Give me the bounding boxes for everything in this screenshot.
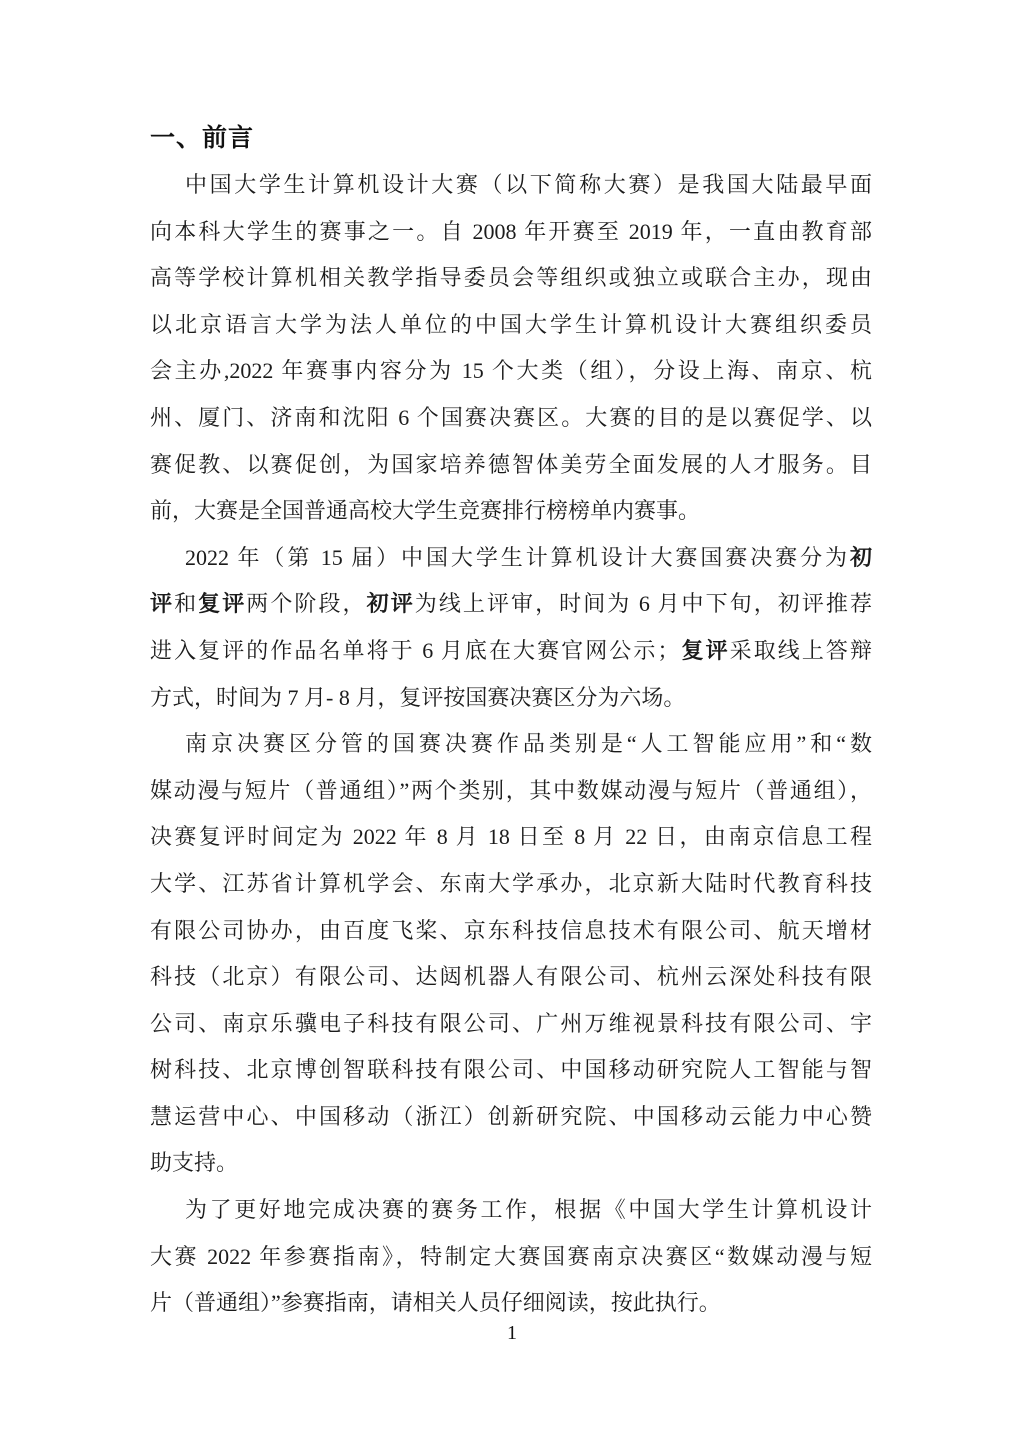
text-run: 大学、江苏省计算机学会、东南大学承办，北京新大陆时代教育科技 — [150, 871, 872, 896]
text-run: 公司、南京乐骥电子科技有限公司、广州万维视景科技有限公司、宇 — [150, 1011, 872, 1036]
text-run: 两个阶段， — [246, 591, 366, 616]
text-line: 有限公司协办，由百度飞桨、京东科技信息技术有限公司、航天增材 — [150, 908, 872, 955]
text-line: 2022 年（第 15 届）中国大学生计算机设计大赛国赛决赛分为初 — [150, 535, 872, 582]
paragraph-lines: 中国大学生计算机设计大赛（以下简称大赛）是我国大陆最早面向本科大学生的赛事之一。… — [150, 162, 872, 1327]
text-line: 前，大赛是全国普通高校大学生竞赛排行榜榜单内赛事。 — [150, 488, 872, 535]
text-line: 树科技、北京博创智联科技有限公司、中国移动研究院人工智能与智 — [150, 1047, 872, 1094]
text-line: 进入复评的作品名单将于 6 月底在大赛官网公示；复评采取线上答辩 — [150, 628, 872, 675]
text-line: 公司、南京乐骥电子科技有限公司、广州万维视景科技有限公司、宇 — [150, 1001, 872, 1048]
text-run: 赛促教、以赛促创，为国家培养德智体美劳全面发展的人才服务。目 — [150, 452, 872, 477]
text-run: 助支持。 — [150, 1150, 238, 1175]
text-run: 有限公司协办，由百度飞桨、京东科技信息技术有限公司、航天增材 — [150, 918, 872, 943]
bold-text-run: 初 — [850, 545, 872, 570]
text-line: 决赛复评时间定为 2022 年 8 月 18 日至 8 月 22 日，由南京信息… — [150, 814, 872, 861]
text-run: 向本科大学生的赛事之一。自 2008 年开赛至 2019 年，一直由教育部 — [150, 219, 872, 244]
text-run: 以北京语言大学为法人单位的中国大学生计算机设计大赛组织委员 — [150, 312, 872, 337]
bold-text-run: 评 — [150, 591, 174, 616]
text-run: 大赛 2022 年参赛指南》，特制定大赛国赛南京决赛区“数媒动漫与短 — [150, 1244, 872, 1269]
text-line: 会主办,2022 年赛事内容分为 15 个大类（组），分设上海、南京、杭 — [150, 348, 872, 395]
text-line: 赛促教、以赛促创，为国家培养德智体美劳全面发展的人才服务。目 — [150, 442, 872, 489]
text-line: 评和复评两个阶段，初评为线上评审，时间为 6 月中下旬，初评推荐 — [150, 581, 872, 628]
text-run: 媒动漫与短片（普通组）”两个类别，其中数媒动漫与短片（普通组）， — [150, 778, 872, 803]
text-line: 助支持。 — [150, 1140, 872, 1187]
text-run: 树科技、北京博创智联科技有限公司、中国移动研究院人工智能与智 — [150, 1057, 872, 1082]
text-run: 2022 年（第 15 届）中国大学生计算机设计大赛国赛决赛分为 — [185, 545, 850, 570]
document-body: 一、前言 中国大学生计算机设计大赛（以下简称大赛）是我国大陆最早面向本科大学生的… — [150, 115, 872, 1327]
text-run: 为了更好地完成决赛的赛务工作，根据《中国大学生计算机设计 — [185, 1197, 872, 1222]
section-heading: 一、前言 — [150, 115, 872, 162]
text-line: 大赛 2022 年参赛指南》，特制定大赛国赛南京决赛区“数媒动漫与短 — [150, 1234, 872, 1281]
bold-text-run: 复评 — [679, 638, 729, 663]
text-line: 向本科大学生的赛事之一。自 2008 年开赛至 2019 年，一直由教育部 — [150, 209, 872, 256]
text-run: 和 — [174, 591, 198, 616]
text-line: 方式，时间为 7 月- 8 月，复评按国赛决赛区分为六场。 — [150, 675, 872, 722]
text-run: 州、厦门、济南和沈阳 6 个国赛决赛区。大赛的目的是以赛促学、以 — [150, 405, 872, 430]
text-line: 中国大学生计算机设计大赛（以下简称大赛）是我国大陆最早面 — [150, 162, 872, 209]
document-page: 一、前言 中国大学生计算机设计大赛（以下简称大赛）是我国大陆最早面向本科大学生的… — [0, 0, 1024, 1448]
text-line: 片（普通组）”参赛指南，请相关人员仔细阅读，按此执行。 — [150, 1280, 872, 1327]
text-run: 中国大学生计算机设计大赛（以下简称大赛）是我国大陆最早面 — [185, 172, 872, 197]
text-line: 为了更好地完成决赛的赛务工作，根据《中国大学生计算机设计 — [150, 1187, 872, 1234]
text-run: 科技（北京）有限公司、达闼机器人有限公司、杭州云深处科技有限 — [150, 964, 872, 989]
text-run: 进入复评的作品名单将于 6 月底在大赛官网公示； — [150, 638, 679, 663]
text-line: 高等学校计算机相关教学指导委员会等组织或独立或联合主办，现由 — [150, 255, 872, 302]
text-run: 方式，时间为 7 月- 8 月，复评按国赛决赛区分为六场。 — [150, 685, 685, 710]
bold-text-run: 初评 — [367, 591, 415, 616]
bold-text-run: 复评 — [198, 591, 246, 616]
text-line: 南京决赛区分管的国赛决赛作品类别是“人工智能应用”和“数 — [150, 721, 872, 768]
text-run: 会主办,2022 年赛事内容分为 15 个大类（组），分设上海、南京、杭 — [150, 358, 872, 383]
text-run: 为线上评审，时间为 6 月中下旬，初评推荐 — [415, 591, 872, 616]
page-number: 1 — [0, 1321, 1024, 1345]
text-line: 大学、江苏省计算机学会、东南大学承办，北京新大陆时代教育科技 — [150, 861, 872, 908]
text-run: 慧运营中心、中国移动（浙江）创新研究院、中国移动云能力中心赞 — [150, 1104, 872, 1129]
text-run: 高等学校计算机相关教学指导委员会等组织或独立或联合主办，现由 — [150, 265, 872, 290]
text-line: 以北京语言大学为法人单位的中国大学生计算机设计大赛组织委员 — [150, 302, 872, 349]
text-run: 采取线上答辩 — [730, 638, 872, 663]
text-line: 媒动漫与短片（普通组）”两个类别，其中数媒动漫与短片（普通组）， — [150, 768, 872, 815]
text-run: 决赛复评时间定为 2022 年 8 月 18 日至 8 月 22 日，由南京信息… — [150, 824, 872, 849]
text-run: 前，大赛是全国普通高校大学生竞赛排行榜榜单内赛事。 — [150, 498, 700, 523]
text-run: 南京决赛区分管的国赛决赛作品类别是“人工智能应用”和“数 — [185, 731, 872, 756]
text-run: 片（普通组）”参赛指南，请相关人员仔细阅读，按此执行。 — [150, 1290, 721, 1315]
text-line: 州、厦门、济南和沈阳 6 个国赛决赛区。大赛的目的是以赛促学、以 — [150, 395, 872, 442]
text-line: 科技（北京）有限公司、达闼机器人有限公司、杭州云深处科技有限 — [150, 954, 872, 1001]
text-line: 慧运营中心、中国移动（浙江）创新研究院、中国移动云能力中心赞 — [150, 1094, 872, 1141]
